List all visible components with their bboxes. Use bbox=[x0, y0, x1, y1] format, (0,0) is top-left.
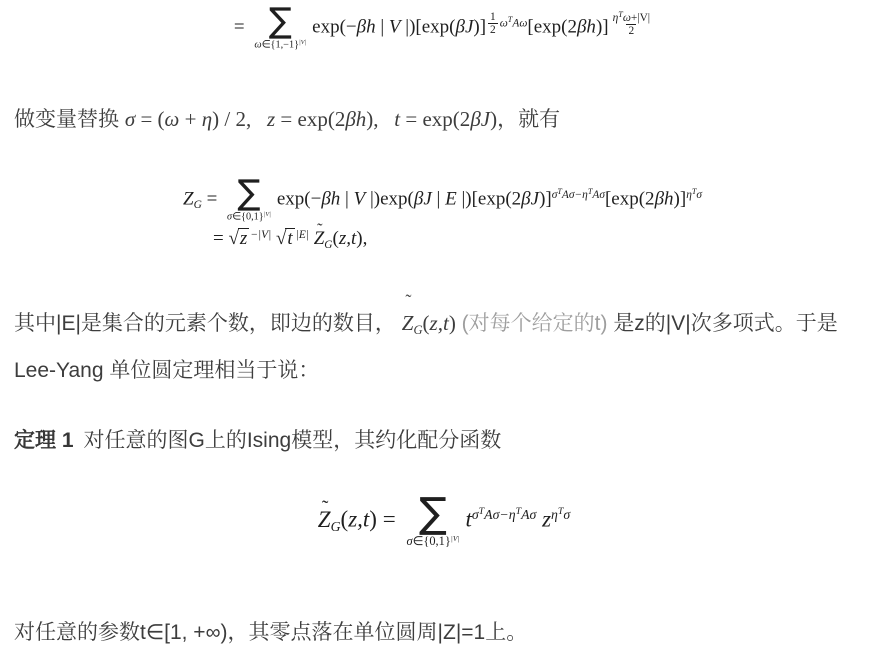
equation-reduced-partition-function: ˜ZG(z,t) = ∑σ∈{0,1}|V|tσTAσ−ηTAσ zηTσ bbox=[0, 495, 888, 548]
explanation-paragraph: 其中|E|是集合的元素个数，即边的数目， ˜ZG(z,t) (对每个给定的t) … bbox=[14, 300, 838, 394]
equation-zg-block: ZG = ∑σ∈{0,1}|V|exp(−βh | V |)exp(βJ | E… bbox=[183, 178, 702, 251]
equation-zg-line2: = √z−|V| √t|E| ˜ZG(z,t), bbox=[183, 228, 702, 251]
equation-zg-line1: ZG = ∑σ∈{0,1}|V|exp(−βh | V |)exp(βJ | E… bbox=[183, 178, 702, 222]
paragraph-line2: Lee-Yang 单位圆定理相当于说： bbox=[14, 347, 838, 394]
substitution-text-line: 做变量替换 σ = (ω + η) / 2, z = exp(2βh), t =… bbox=[14, 103, 560, 133]
document-page: = ∑ω∈{1,−1}|V|exp(−βh | V |)[exp(βJ)]12ω… bbox=[0, 0, 888, 647]
paragraph-line1: 其中|E|是集合的元素个数，即边的数目， ˜ZG(z,t) (对每个给定的t) … bbox=[14, 300, 838, 347]
closing-statement-line: 对任意的参数t∈[1, +∞)，其零点落在单位圆周|Z|=1上。 bbox=[14, 616, 527, 646]
theorem-statement-line: 定理 1对任意的图G上的Ising模型，其约化配分函数 bbox=[14, 424, 501, 454]
equation-partition-expansion: = ∑ω∈{1,−1}|V|exp(−βh | V |)[exp(βJ)]12ω… bbox=[0, 6, 888, 50]
